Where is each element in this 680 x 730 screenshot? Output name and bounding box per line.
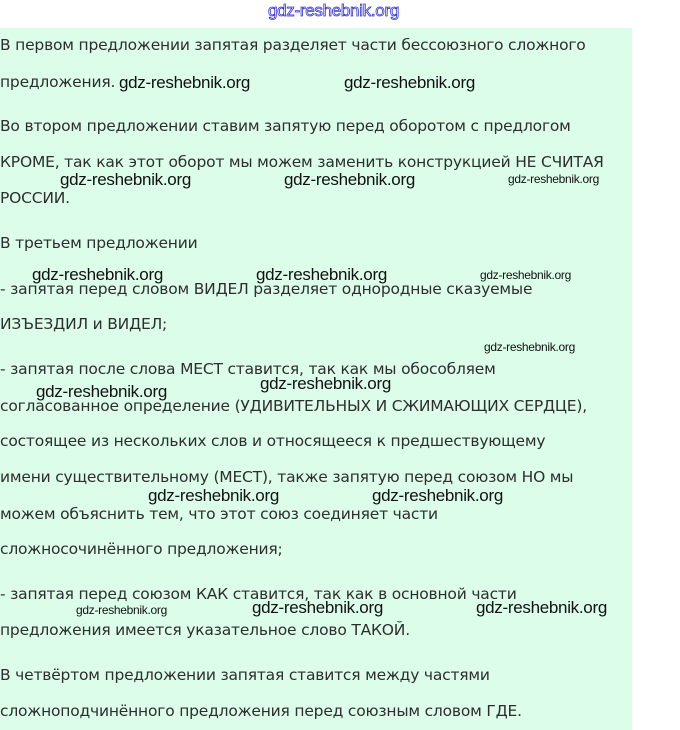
answer-line: В третьем предложении xyxy=(0,234,197,252)
watermark: gdz-reshebnik.org xyxy=(508,172,599,186)
watermark: gdz-reshebnik.org xyxy=(36,382,167,402)
answer-line: сложноподчинённого предложения перед сою… xyxy=(0,702,522,720)
site-header: gdz-reshebnik.org xyxy=(0,0,680,28)
watermark: gdz-reshebnik.org xyxy=(344,73,475,93)
watermark: gdz-reshebnik.org xyxy=(484,340,575,354)
answer-line: В первом предложении запятая разделяет ч… xyxy=(0,36,586,54)
watermark: gdz-reshebnik.org xyxy=(119,73,250,93)
site-logo[interactable]: gdz-reshebnik.org xyxy=(268,1,399,21)
watermark: gdz-reshebnik.org xyxy=(256,265,387,285)
watermark: gdz-reshebnik.org xyxy=(60,170,191,190)
answer-line: КРОМЕ, так как этот оборот мы можем заме… xyxy=(0,153,604,171)
answer-line: ИЗЪЕЗДИЛ и ВИДЕЛ; xyxy=(0,315,167,333)
answer-line: РОССИИ. xyxy=(0,189,70,207)
answer-line: можем объяснить тем, что этот союз соеди… xyxy=(0,505,438,523)
answer-line: имени существительному (МЕСТ), также зап… xyxy=(0,468,573,486)
watermark: gdz-reshebnik.org xyxy=(476,598,607,618)
watermark: gdz-reshebnik.org xyxy=(76,603,167,617)
answer-line: предложения. xyxy=(0,73,115,91)
answer-line: В четвёртом предложении запятая ставится… xyxy=(0,666,490,684)
watermark: gdz-reshebnik.org xyxy=(260,374,391,394)
answer-line: Во втором предложении ставим запятую пер… xyxy=(0,117,571,135)
watermark: gdz-reshebnik.org xyxy=(372,486,503,506)
watermark: gdz-reshebnik.org xyxy=(284,170,415,190)
watermark: gdz-reshebnik.org xyxy=(480,268,571,282)
watermark: gdz-reshebnik.org xyxy=(252,598,383,618)
answer-line: - запятая после слова МЕСТ ставится, так… xyxy=(0,360,496,378)
answer-line: сложносочинённого предложения; xyxy=(0,540,283,558)
watermark: gdz-reshebnik.org xyxy=(32,265,163,285)
answer-line: предложения имеется указательное слово Т… xyxy=(0,621,410,639)
answer-line: состоящее из нескольких слов и относящее… xyxy=(0,432,545,450)
watermark: gdz-reshebnik.org xyxy=(148,486,279,506)
